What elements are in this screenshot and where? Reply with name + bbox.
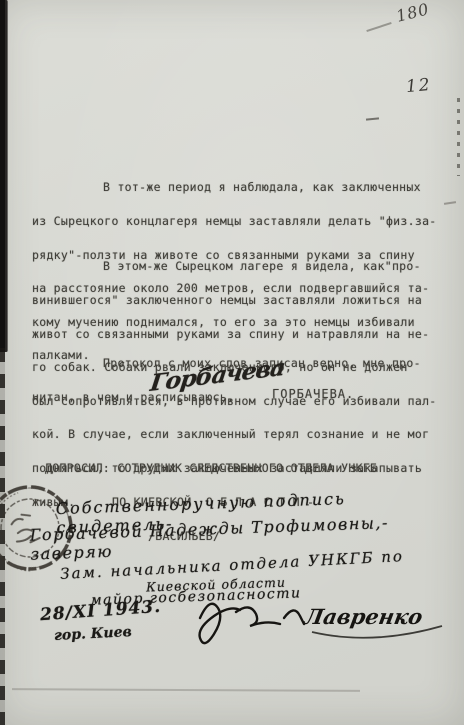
scan-speck	[444, 201, 456, 205]
typed-line: винившегося" заключенного немцы заставля…	[32, 295, 437, 306]
scanned-document-page: 180 12 В тот-же период я наблюдала, как …	[0, 0, 464, 725]
page-bottom-edge-line	[12, 688, 360, 691]
typed-line: В тот-же период я наблюдала, как заключе…	[32, 182, 437, 193]
signature-flourish-icon	[200, 604, 304, 643]
scan-speck	[366, 117, 379, 120]
place: гор. Киев	[54, 624, 132, 644]
archive-number: 180	[394, 0, 431, 26]
interrogator-line-1: ДОПРОСИЛ: СОТРУДНИК СЛЕДСТВЕННОГО ОТДЕЛА…	[45, 463, 377, 474]
right-edge-perforation-marks	[457, 98, 460, 176]
date: 28/XI 1943.	[39, 597, 161, 625]
witness-typed-name: ГОРБАЧЕВА.	[272, 389, 354, 400]
page-number: 12	[405, 75, 432, 97]
officer-signature: Лавренко	[192, 588, 464, 650]
typed-line: читан, в чем и расписываюсь.	[32, 392, 421, 403]
typed-line: из Сырецкого концлагеря немцы заставляли…	[32, 216, 437, 227]
typed-line: В этом-же Сырецком лагере я видела, как"…	[32, 261, 437, 272]
typed-line: кой. В случае, если заключенный терял со…	[32, 429, 437, 440]
pencil-stroke	[366, 22, 391, 32]
binding-edge-strip	[0, 0, 8, 352]
officer-signature-name: Лавренко	[302, 604, 425, 629]
